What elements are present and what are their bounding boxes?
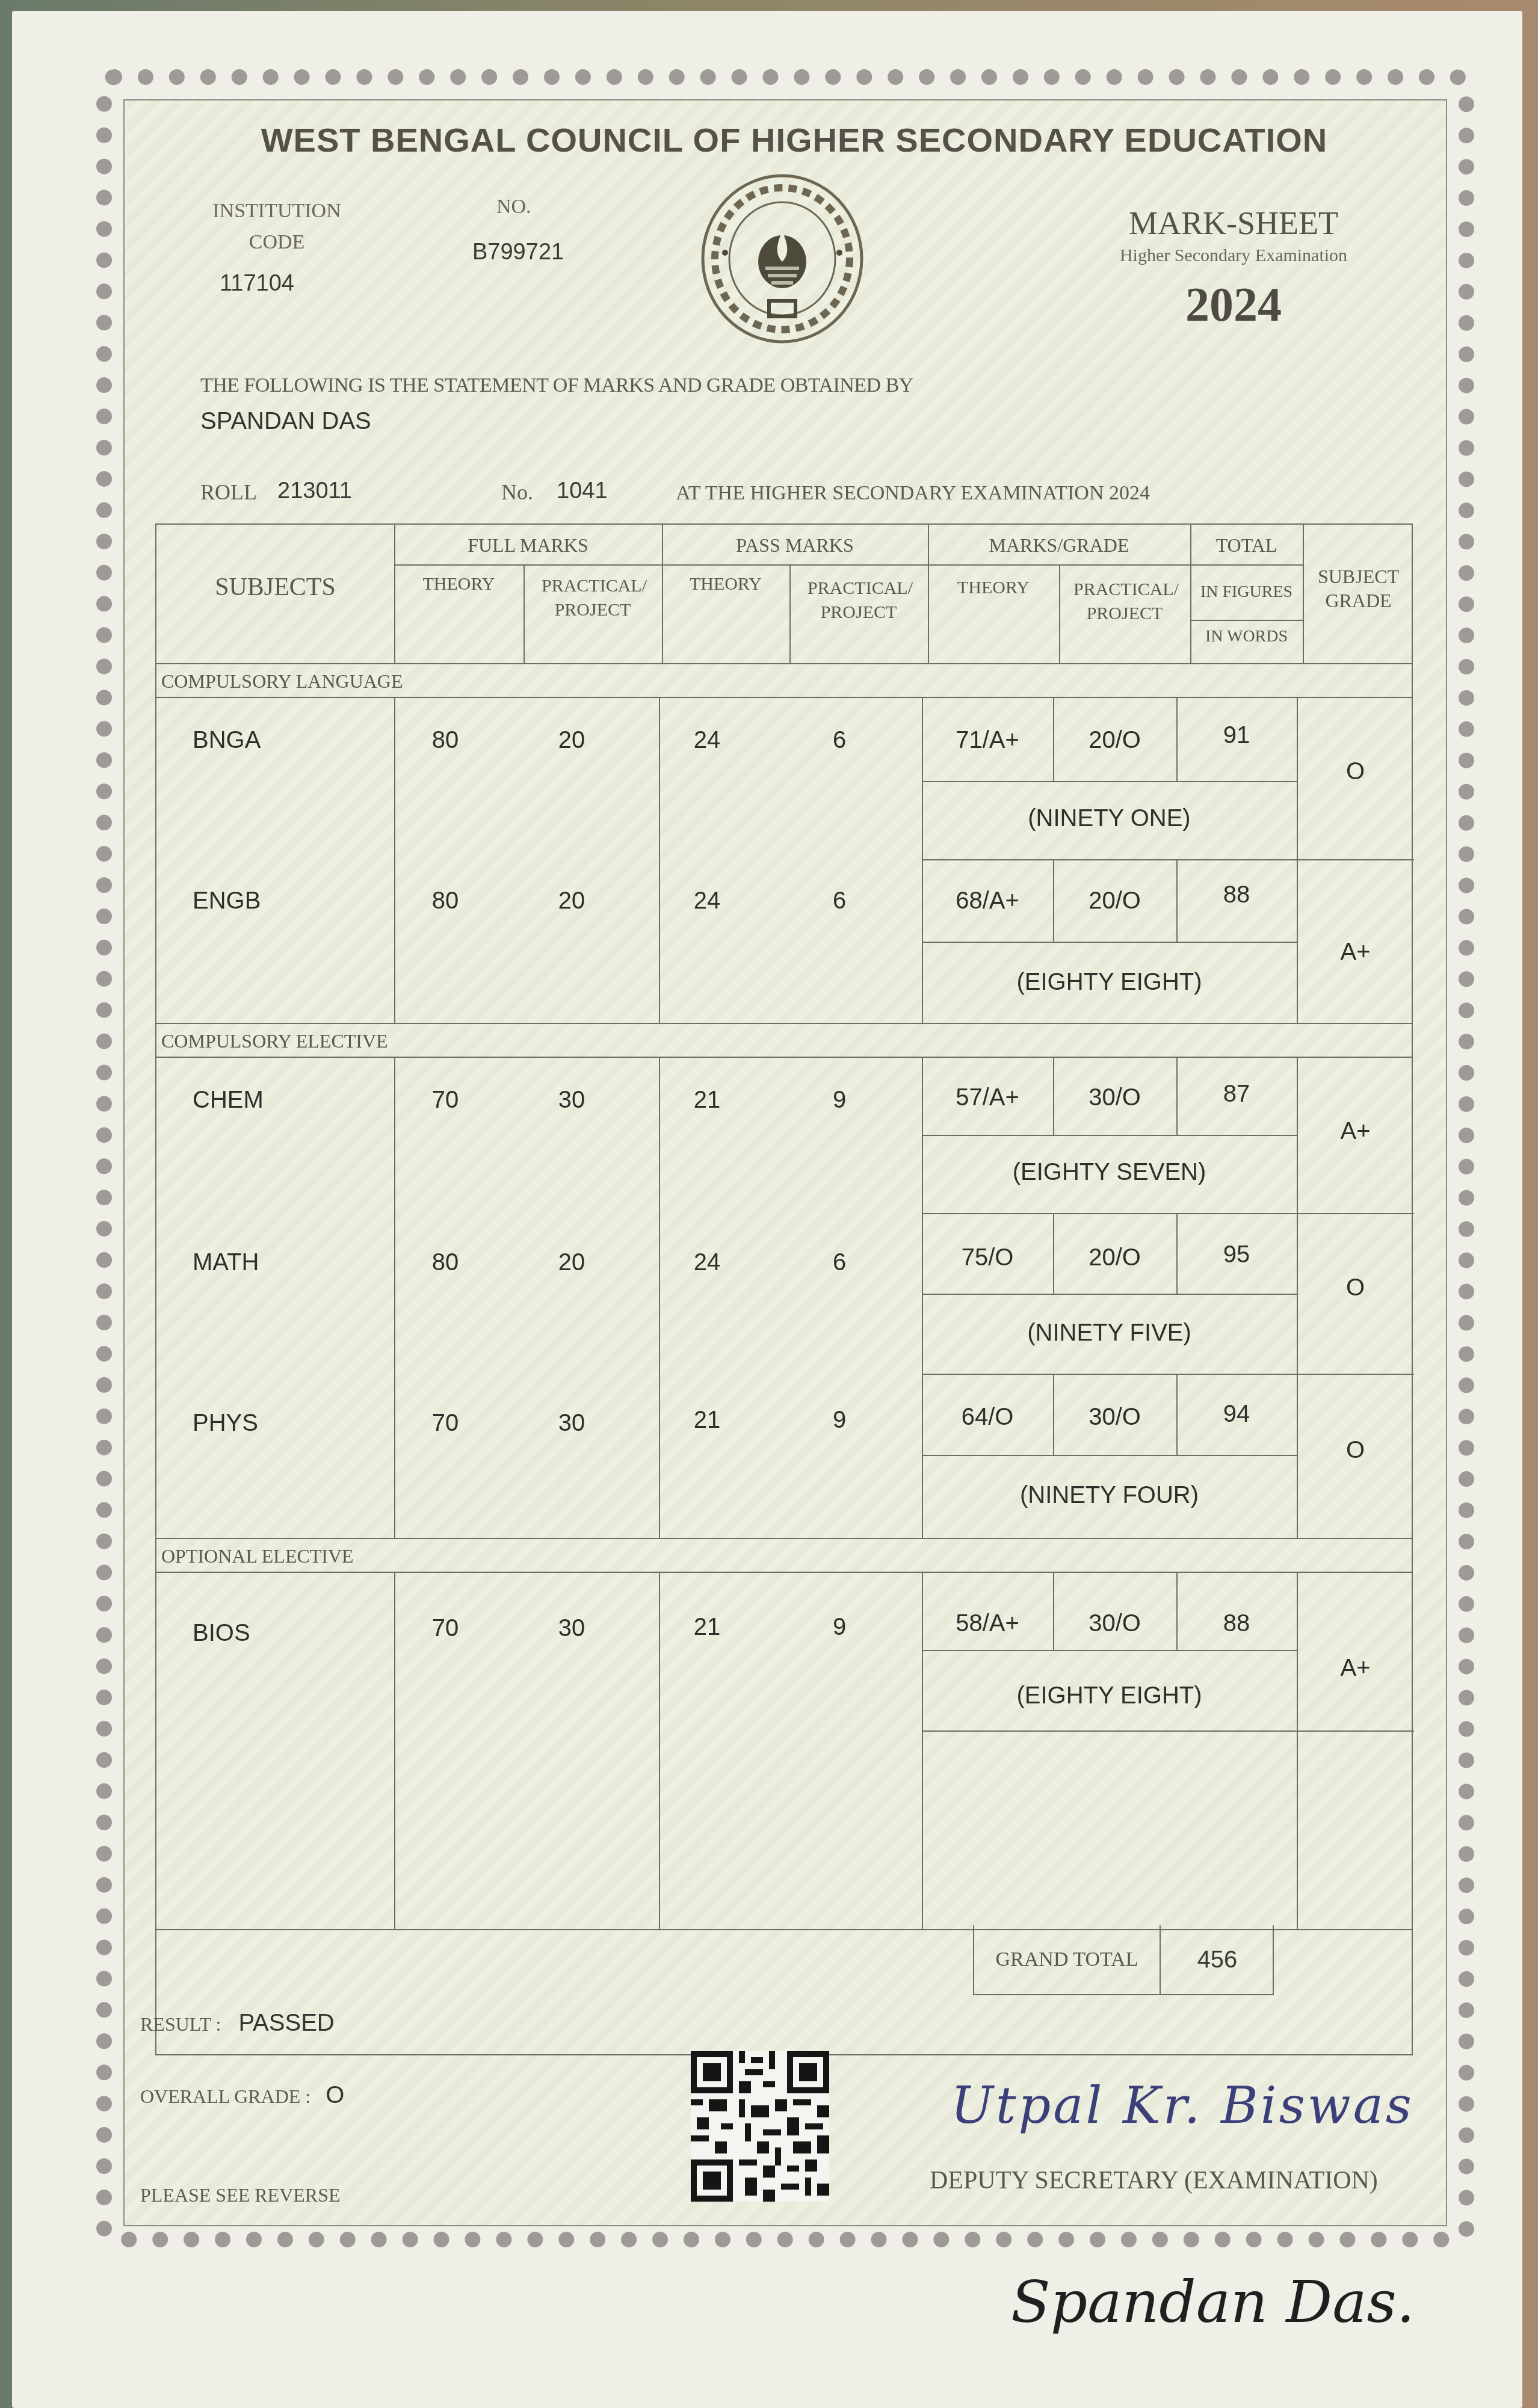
- header-in-words: IN WORDS: [1190, 627, 1303, 646]
- full-marks-theory: 70: [409, 1615, 481, 1642]
- marksheet-heading: MARK-SHEET: [1077, 205, 1390, 242]
- no-label: No.: [501, 480, 533, 505]
- full-marks-practical: 20: [536, 727, 608, 754]
- marks-grade-practical: 30/O: [1053, 1084, 1176, 1111]
- please-see-reverse: PLEASE SEE REVERSE: [140, 2184, 340, 2206]
- total-words: (EIGHTY EIGHT): [922, 1682, 1297, 1709]
- marks-grade-theory: 68/A+: [922, 888, 1053, 915]
- full-marks-theory: 70: [409, 1087, 481, 1114]
- subject-grade: O: [1297, 1437, 1414, 1464]
- total-figures: 95: [1176, 1241, 1297, 1268]
- subject-code: ENGB: [193, 888, 261, 915]
- subject-code: BNGA: [193, 727, 261, 754]
- pass-marks-theory: 24: [671, 888, 743, 915]
- total-figures: 94: [1176, 1401, 1297, 1428]
- pass-marks-theory: 21: [671, 1407, 743, 1434]
- subject-grade: O: [1297, 1274, 1414, 1301]
- total-words: (NINETY ONE): [922, 805, 1297, 832]
- total-figures: 88: [1176, 1610, 1297, 1637]
- council-emblem-icon: [698, 171, 866, 346]
- table-header: SUBJECTS FULL MARKS PASS MARKS MARKS/GRA…: [155, 523, 1413, 663]
- subject-code: CHEM: [193, 1087, 264, 1114]
- grand-total-label: GRAND TOTAL: [974, 1925, 1161, 1994]
- marks-grade-theory: 58/A+: [922, 1610, 1053, 1637]
- subject-grade: A+: [1297, 1118, 1414, 1145]
- overall-grade-row: OVERALL GRADE : O: [140, 2082, 344, 2109]
- grand-total-box: GRAND TOTAL 456: [973, 1925, 1274, 1995]
- subject-code: BIOS: [193, 1620, 250, 1647]
- pass-marks-practical: 9: [803, 1614, 876, 1641]
- section-optional-elective: OPTIONAL ELECTIVE BIOS 70 30 21 9 58/A+ …: [155, 1538, 1413, 1929]
- grand-total-value: 456: [1161, 1925, 1274, 1994]
- result-row: RESULT : PASSED: [140, 2010, 335, 2037]
- full-marks-theory: 80: [409, 1249, 481, 1276]
- full-marks-theory: 80: [409, 888, 481, 915]
- header-mg-theory: THEORY: [928, 578, 1059, 598]
- total-figures: 88: [1176, 881, 1297, 909]
- pass-marks-practical: 9: [803, 1407, 876, 1434]
- pass-marks-theory: 21: [671, 1614, 743, 1641]
- pass-marks-theory: 24: [671, 1249, 743, 1276]
- total-words: (NINETY FOUR): [922, 1482, 1297, 1509]
- marks-grade-practical: 20/O: [1053, 1244, 1176, 1271]
- full-marks-theory: 80: [409, 727, 481, 754]
- pass-marks-practical: 6: [803, 888, 876, 915]
- full-marks-practical: 30: [536, 1410, 608, 1437]
- total-words: (NINETY FIVE): [922, 1320, 1297, 1347]
- marks-grade-theory: 71/A+: [922, 727, 1053, 754]
- pass-marks-practical: 6: [803, 727, 876, 754]
- full-marks-practical: 30: [536, 1087, 608, 1114]
- serial-no-label: NO.: [496, 196, 531, 218]
- subject-code: MATH: [193, 1249, 259, 1276]
- serial-no: B799721: [472, 239, 564, 265]
- header-fm-practical: PRACTICAL/ PROJECT: [523, 574, 662, 622]
- marks-grade-practical: 20/O: [1053, 727, 1176, 754]
- total-figures: 91: [1176, 722, 1297, 749]
- header-mg-practical: PRACTICAL/ PROJECT: [1059, 578, 1190, 626]
- header-marks-grade: MARKS/GRADE: [928, 534, 1190, 557]
- section-compulsory-language: COMPULSORY LANGUAGE BNGA 80 20 24 6 71/A…: [155, 663, 1413, 1023]
- pass-marks-practical: 9: [803, 1087, 876, 1114]
- overall-grade-value: O: [326, 2082, 344, 2108]
- marks-grade-practical: 30/O: [1053, 1610, 1176, 1637]
- institution-code-label: INSTITUTION CODE: [199, 196, 355, 258]
- section-title: OPTIONAL ELECTIVE: [156, 1539, 1412, 1573]
- candidate-signature: Spandan Das.: [1011, 2268, 1415, 2336]
- qr-code-icon: [691, 2051, 829, 2202]
- candidate-name: SPANDAN DAS: [200, 408, 371, 435]
- subject-grade: O: [1297, 758, 1414, 785]
- exam-year: 2024: [1077, 278, 1390, 333]
- header-pm-theory: THEORY: [662, 574, 789, 594]
- header-pass-marks: PASS MARKS: [662, 534, 928, 557]
- section-compulsory-elective: COMPULSORY ELECTIVE CHEM 70 30 21 9 57/A…: [155, 1023, 1413, 1538]
- total-words: (EIGHTY SEVEN): [922, 1159, 1297, 1186]
- result-label: RESULT :: [140, 2013, 221, 2035]
- marks-grade-theory: 57/A+: [922, 1084, 1053, 1111]
- full-marks-practical: 20: [536, 888, 608, 915]
- header-subjects: SUBJECTS: [156, 573, 394, 602]
- header-pm-practical: PRACTICAL/ PROJECT: [789, 576, 928, 625]
- deputy-secretary-signature: Utpal Kr. Biswas: [951, 2076, 1414, 2135]
- header-subject-grade: SUBJECT GRADE: [1303, 564, 1414, 613]
- table-footer: GRAND TOTAL 456: [155, 1929, 1413, 2055]
- header-full-marks: FULL MARKS: [394, 534, 662, 557]
- section-title: COMPULSORY ELECTIVE: [156, 1024, 1412, 1058]
- exam-text: AT THE HIGHER SECONDARY EXAMINATION 2024: [676, 482, 1150, 505]
- subject-grade: A+: [1297, 939, 1414, 966]
- section-title: COMPULSORY LANGUAGE: [156, 664, 1412, 698]
- marks-table: SUBJECTS FULL MARKS PASS MARKS MARKS/GRA…: [155, 523, 1413, 2055]
- marks-grade-practical: 20/O: [1053, 888, 1176, 915]
- marks-grade-practical: 30/O: [1053, 1404, 1176, 1431]
- pass-marks-theory: 21: [671, 1087, 743, 1114]
- full-marks-practical: 20: [536, 1249, 608, 1276]
- institution-code: 117104: [220, 271, 294, 297]
- marks-grade-theory: 64/O: [922, 1404, 1053, 1431]
- total-words: (EIGHTY EIGHT): [922, 969, 1297, 996]
- full-marks-practical: 30: [536, 1615, 608, 1642]
- council-title: WEST BENGAL COUNCIL OF HIGHER SECONDARY …: [229, 120, 1360, 159]
- roll-label: ROLL: [200, 480, 257, 505]
- header-fm-theory: THEORY: [394, 574, 523, 594]
- no-value: 1041: [557, 478, 608, 504]
- marks-grade-theory: 75/O: [922, 1244, 1053, 1271]
- roll-value: 213011: [277, 478, 352, 504]
- header-total: TOTAL: [1190, 534, 1303, 557]
- header-in-figures: IN FIGURES: [1190, 582, 1303, 602]
- subject-grade: A+: [1297, 1655, 1414, 1682]
- pass-marks-practical: 6: [803, 1249, 876, 1276]
- result-value: PASSED: [238, 2010, 334, 2036]
- statement-text: THE FOLLOWING IS THE STATEMENT OF MARKS …: [200, 374, 913, 397]
- overall-grade-label: OVERALL GRADE :: [140, 2085, 310, 2107]
- subject-code: PHYS: [193, 1410, 258, 1437]
- total-figures: 87: [1176, 1081, 1297, 1108]
- signatory-title: DEPUTY SECRETARY (EXAMINATION): [930, 2166, 1378, 2195]
- exam-name: Higher Secondary Examination: [1077, 245, 1390, 266]
- pass-marks-theory: 24: [671, 727, 743, 754]
- full-marks-theory: 70: [409, 1410, 481, 1437]
